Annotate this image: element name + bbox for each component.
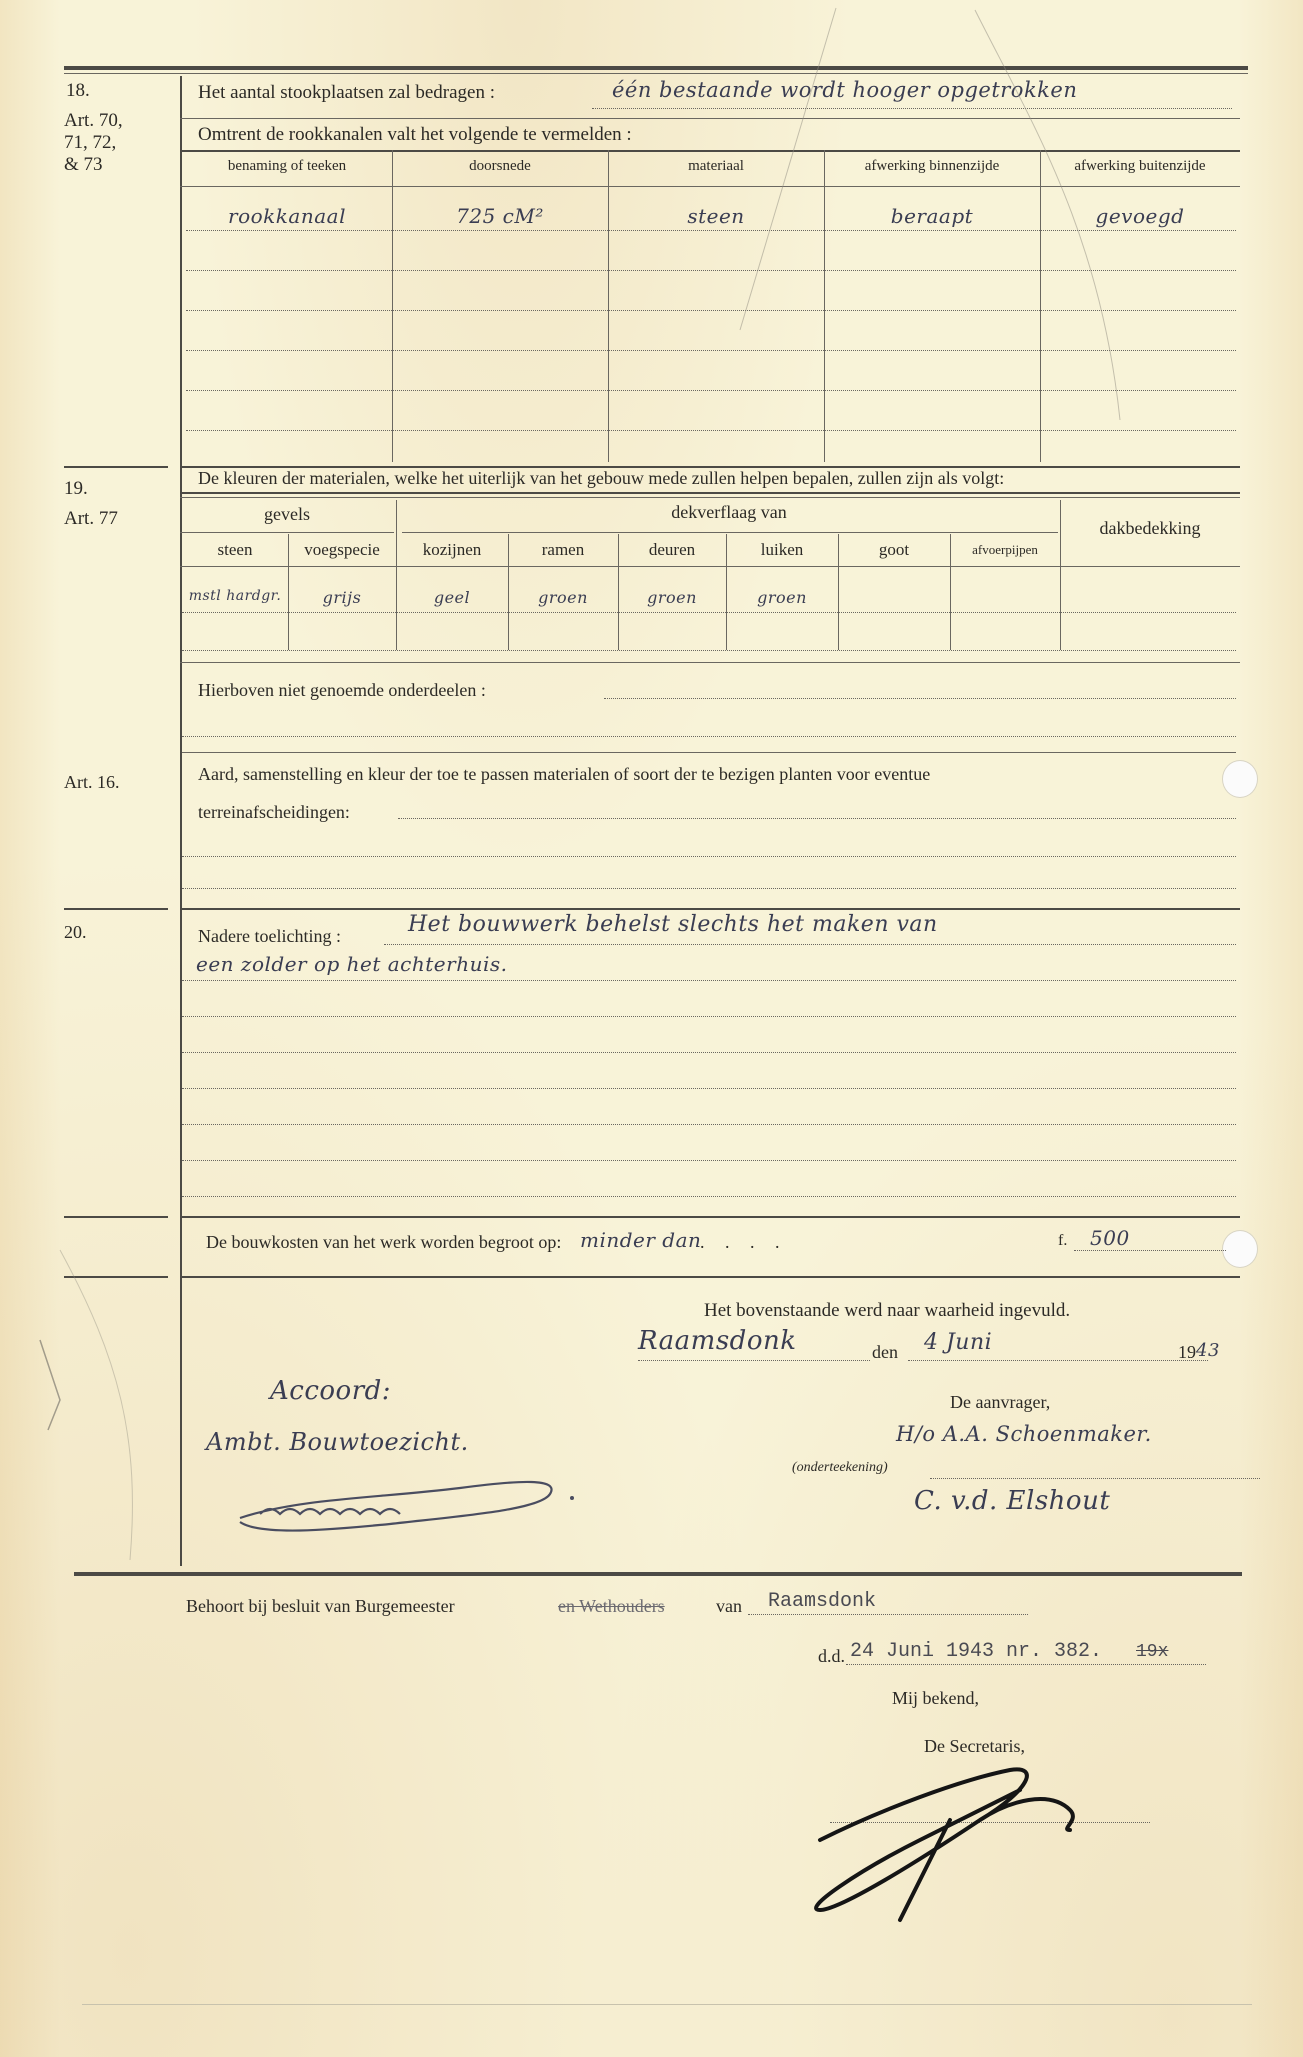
pencil-marks-icon xyxy=(0,0,1303,2057)
